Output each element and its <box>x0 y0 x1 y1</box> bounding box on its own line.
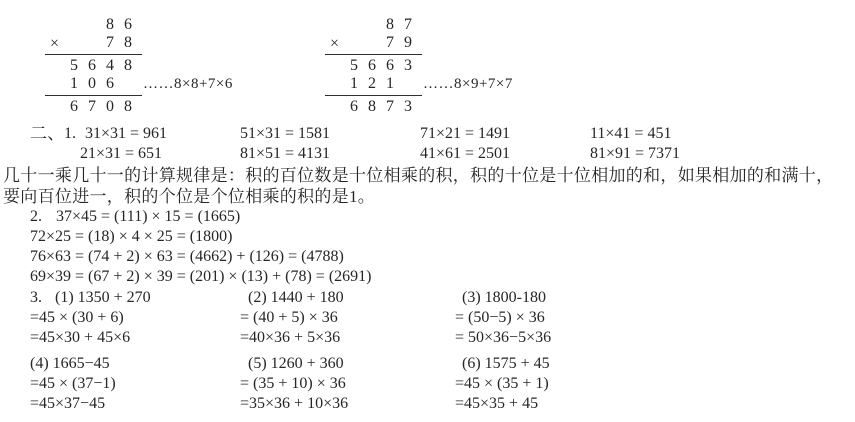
equation: 81×91 = 7371 <box>590 144 680 164</box>
multiplication-block-1: 86 × 78 5648 106 ……8×8+7×6 6708 <box>45 16 275 116</box>
multiply-icon: × <box>330 35 339 53</box>
partial-product-annotation: ……8×9+7×7 <box>423 75 513 93</box>
group-5-head: (5) 1260 + 360 <box>248 354 344 374</box>
equation: 21×31 = 651 <box>80 144 162 164</box>
rule-line <box>45 95 142 96</box>
multiply-icon: × <box>50 35 59 53</box>
multiplier: 79 <box>386 34 422 52</box>
item-3-label: 3. <box>30 288 42 308</box>
equation: 76×63 = (74 + 2) × 63 = (4662) + (126) =… <box>30 247 344 267</box>
group-3-step1: = (50−5) × 36 <box>455 308 545 328</box>
rule-line <box>45 54 142 55</box>
multiplicand-row: 87 <box>325 16 555 34</box>
group-5-step1: = (35 + 10) × 36 <box>240 374 346 394</box>
group-4-head: (4) 1665−45 <box>30 354 110 374</box>
group-4-step2: =45×37−45 <box>30 394 105 414</box>
product-row: 6873 <box>325 98 555 116</box>
partial-product-2-row: 121 ……8×9+7×7 <box>325 75 555 93</box>
partial-product-2-row: 106 ……8×8+7×6 <box>45 75 275 93</box>
equation: 69×39 = (67 + 2) × 39 = (201) × (13) + (… <box>30 267 371 287</box>
group-6-head: (6) 1575 + 45 <box>462 354 550 374</box>
rule-line <box>325 95 422 96</box>
rule-paragraph-line-1: 几十一乘几十一的计算规律是：积的百位数是十位相乘的积，积的十位是十位相加的和，如… <box>3 165 833 186</box>
partial-product-1: 5663 <box>350 57 422 75</box>
equation: 41×61 = 2501 <box>420 144 510 164</box>
group-6-step2: =45×35 + 45 <box>455 394 538 414</box>
group-4-step1: =45 × (37−1) <box>30 374 116 394</box>
equation: 81×51 = 4131 <box>240 144 330 164</box>
multiplicand: 87 <box>386 16 422 34</box>
group-3-head: (3) 1800-180 <box>462 288 546 308</box>
group-6-step1: =45 × (35 + 1) <box>455 374 549 394</box>
group-1-step1: =45 × (30 + 6) <box>30 308 124 328</box>
rule-line <box>325 54 422 55</box>
group-3-step2: = 50×36−5×36 <box>455 328 551 348</box>
partial-product-1: 5648 <box>70 57 142 75</box>
item-1-label: 1. <box>64 124 76 144</box>
group-5-step2: =35×36 + 10×36 <box>240 394 348 414</box>
group-2-step1: = (40 + 5) × 36 <box>240 308 338 328</box>
partial-product-1-row: 5648 <box>45 57 275 75</box>
equation: 72×25 = (18) × 4 × 25 = (1800) <box>30 227 232 247</box>
multiplier: 78 <box>106 34 142 52</box>
multiplicand-row: 86 <box>45 16 275 34</box>
group-1-step2: =45×30 + 45×6 <box>30 328 130 348</box>
rule-paragraph-line-2: 要向百位进一，积的个位是个位相乘的积的是1。 <box>3 186 375 207</box>
equation: 37×45 = (111) × 15 = (1665) <box>56 207 240 227</box>
multiplication-block-2: 87 × 79 5663 121 ……8×9+7×7 6873 <box>325 16 555 116</box>
equation: 71×21 = 1491 <box>420 124 510 144</box>
product-row: 6708 <box>45 98 275 116</box>
partial-product-2: 121 <box>350 75 404 93</box>
equation: 11×41 = 451 <box>590 124 671 144</box>
product: 6873 <box>350 98 422 116</box>
multiplier-row: × 79 <box>325 34 555 52</box>
group-2-head: (2) 1440 + 180 <box>248 288 344 308</box>
math-worksheet-page: 86 × 78 5648 106 ……8×8+7×6 6708 87 × 79 … <box>0 0 855 422</box>
partial-product-2: 106 <box>70 75 124 93</box>
product: 6708 <box>70 98 142 116</box>
equation: 31×31 = 961 <box>85 124 167 144</box>
section-2-label: 二、 <box>30 123 65 144</box>
multiplicand: 86 <box>106 16 142 34</box>
item-2-label: 2. <box>30 207 42 227</box>
partial-product-1-row: 5663 <box>325 57 555 75</box>
multiplier-row: × 78 <box>45 34 275 52</box>
group-2-step2: =40×36 + 5×36 <box>240 328 340 348</box>
equation: 51×31 = 1581 <box>240 124 330 144</box>
group-1-head: (1) 1350 + 270 <box>55 288 151 308</box>
partial-product-annotation: ……8×8+7×6 <box>143 75 233 93</box>
